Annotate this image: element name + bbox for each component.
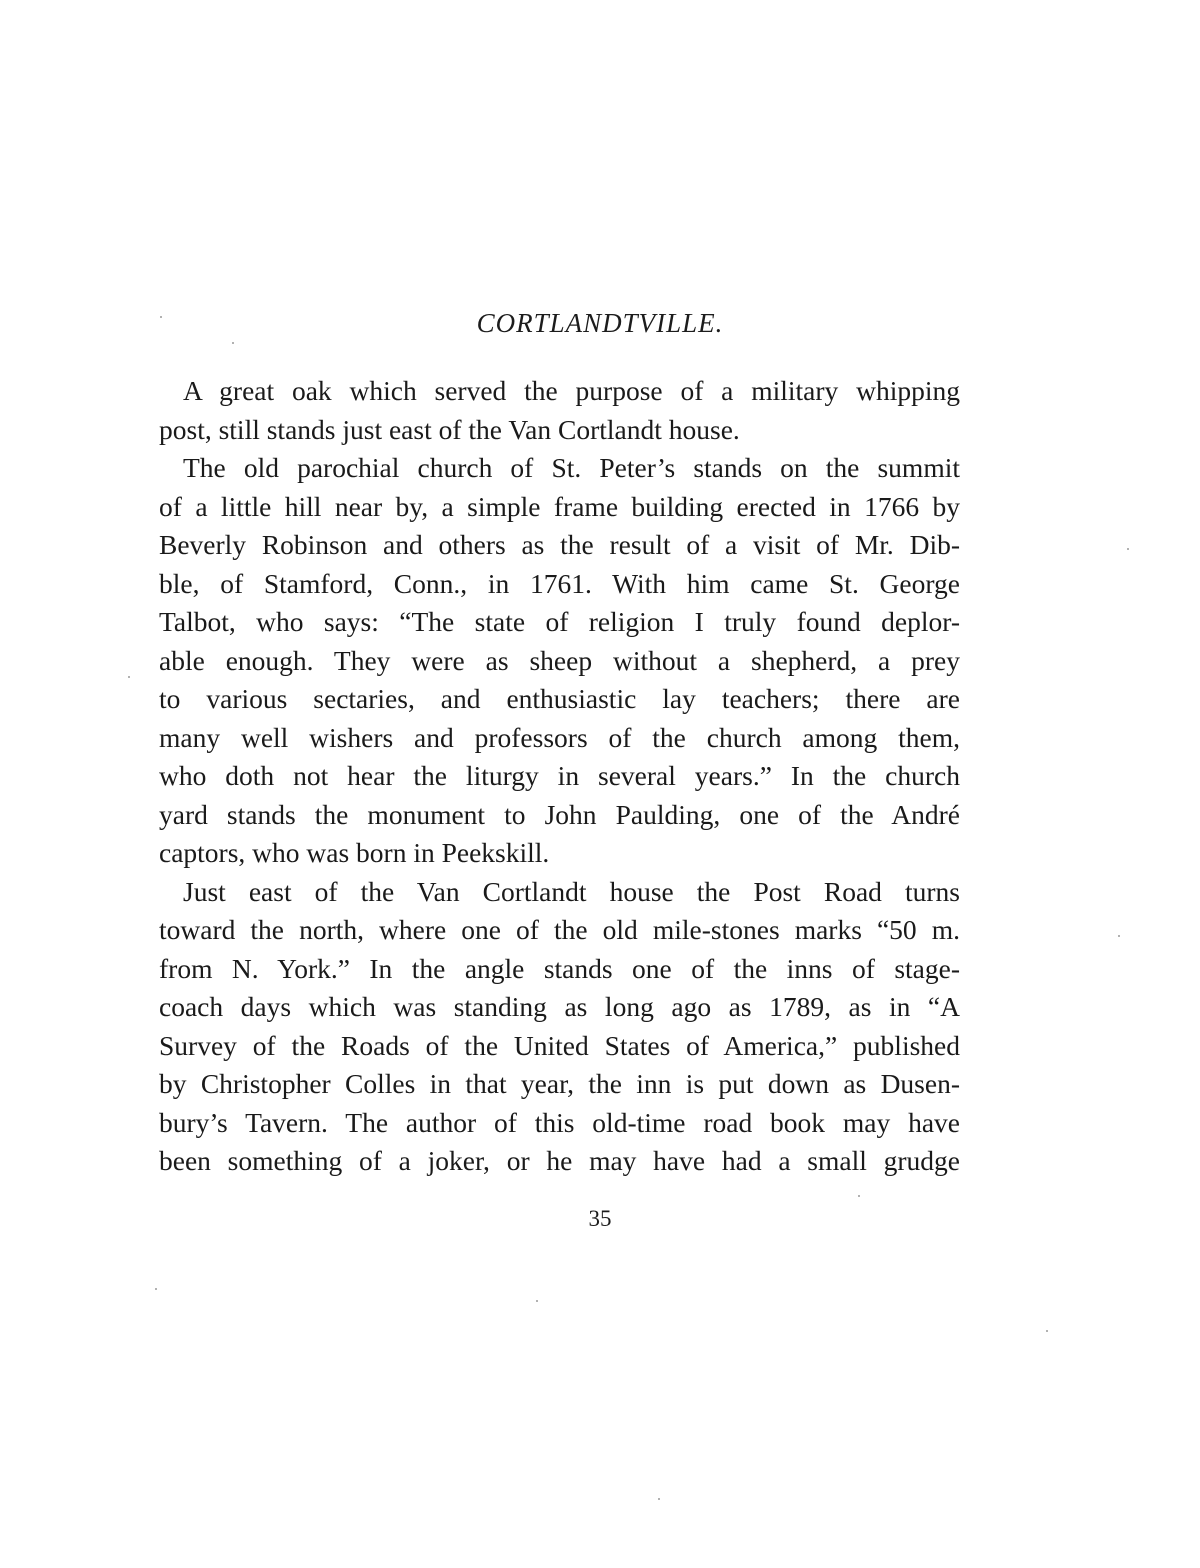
text-line: by Christopher Colles in that year, the … [159,1065,960,1104]
scan-speck [858,1195,860,1197]
text-line: from N. York.” In the angle stands one o… [159,950,960,989]
scan-speck [1127,548,1129,550]
text-line: bury’s Tavern. The author of this old-ti… [159,1104,960,1143]
text-line: yard stands the monument to John Pauldin… [159,796,960,835]
text-line: The old parochial church of St. Peter’s … [159,449,960,488]
text-line: been something of a joker, or he may hav… [159,1142,960,1181]
text-line: coach days which was standing as long ag… [159,988,960,1027]
scan-speck [536,1300,538,1302]
text-line: toward the north, where one of the old m… [159,911,960,950]
scan-speck [155,1288,157,1290]
text-line: post, still stands just east of the Van … [159,411,960,450]
scan-speck [1046,1330,1048,1332]
text-line: able enough. They were as sheep without … [159,642,960,681]
text-line: to various sectaries, and enthusiastic l… [159,680,960,719]
text-line: many well wishers and professors of the … [159,719,960,758]
page-number: 35 [0,1206,1200,1232]
scan-speck [128,676,130,678]
text-line: Beverly Robinson and others as the resul… [159,526,960,565]
book-page: CORTLANDTVILLE. A great oak which served… [0,0,1200,1568]
scan-speck [658,1498,660,1500]
text-line: captors, who was born in Peekskill. [159,834,960,873]
text-line: Survey of the Roads of the United States… [159,1027,960,1066]
scan-speck [232,342,234,344]
scan-speck [160,316,162,318]
scan-speck [1118,935,1120,937]
text-line: of a little hill near by, a simple frame… [159,488,960,527]
text-line: ble, of Stamford, Conn., in 1761. With h… [159,565,960,604]
text-line: who doth not hear the liturgy in several… [159,757,960,796]
text-line: A great oak which served the purpose of … [159,372,960,411]
running-head: CORTLANDTVILLE. [0,308,1200,339]
text-line: Talbot, who says: “The state of religion… [159,603,960,642]
text-line: Just east of the Van Cortlandt house the… [159,873,960,912]
body-text: A great oak which served the purpose of … [159,372,960,1181]
